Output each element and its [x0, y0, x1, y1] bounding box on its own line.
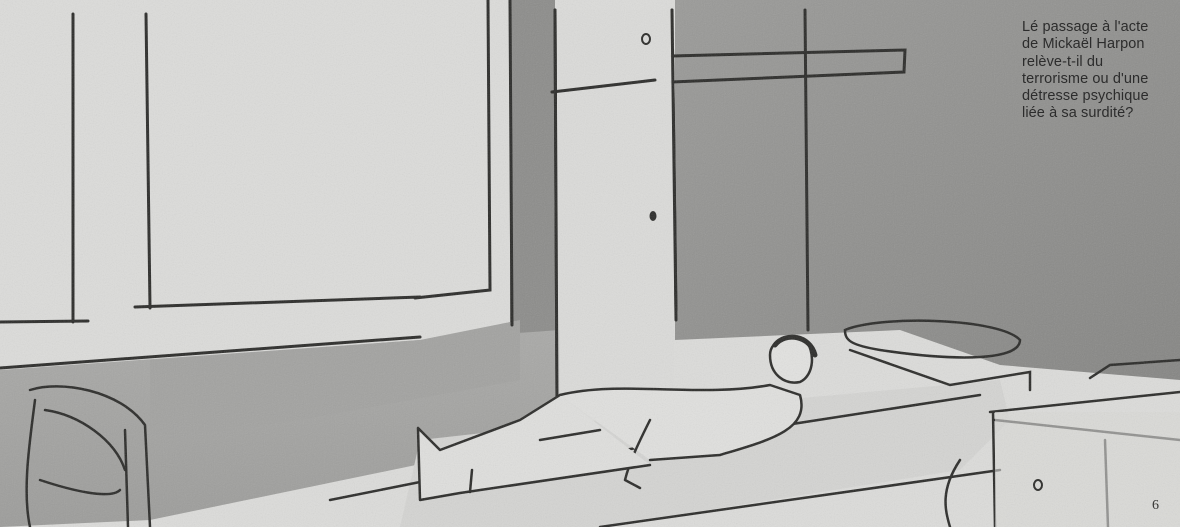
- illustration: 6 Lé passage à l'acte de Mickaël Harpon: [0, 0, 1180, 527]
- sketch-drawing: 6: [0, 0, 1180, 527]
- caption-text: Lé passage à l'acte de Mickaël Harpon re…: [1022, 19, 1180, 123]
